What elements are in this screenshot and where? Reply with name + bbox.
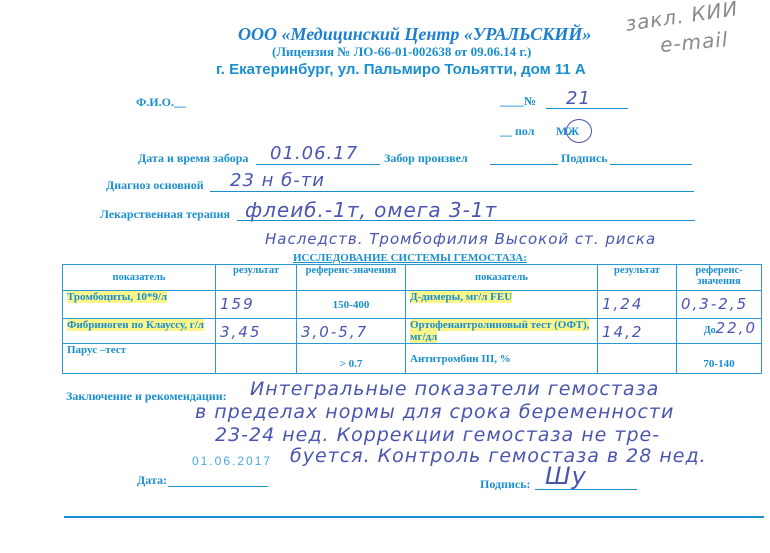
indicator-fibrinogen: Фибриноген по Клауссу, г/л [63, 319, 216, 344]
conclusion-line-4[interactable]: буется. Контроль гемостаза в 28 нед. [290, 445, 707, 467]
indicator-antithrombin: Антитромбин III, % [406, 344, 598, 374]
hemostasis-table: показатель результат референс-значения п… [62, 264, 762, 374]
result-fibrinogen[interactable]: 3,45 [216, 319, 297, 344]
header-result-right: результат [598, 265, 677, 291]
reference-parus-test: > 0.7 [297, 344, 406, 374]
reference-antithrombin: 70-140 [677, 344, 762, 374]
sampling-date-label: Дата и время забора [138, 151, 248, 166]
footer-date-label: Дата: [137, 473, 167, 488]
reference-oft[interactable]: До22,0 [677, 319, 762, 344]
sampling-date-value[interactable]: 01.06.17 [270, 143, 358, 164]
result-oft[interactable]: 14,2 [598, 319, 677, 344]
reference-fibrinogen[interactable]: 3,0-5,7 [297, 319, 406, 344]
diagnosis-value[interactable]: 23 н б-ти [230, 170, 325, 191]
therapy-label: Лекарственная терапия [100, 207, 230, 222]
conclusion-line-3[interactable]: 23-24 нед. Коррекции гемостаза не тре- [215, 424, 660, 446]
header-result-left: результат [216, 265, 297, 291]
result-antithrombin[interactable] [598, 344, 677, 374]
result-platelets[interactable]: 159 [216, 291, 297, 319]
clinic-license: (Лицензия № ЛО-66-01-002638 от 09.06.14 … [272, 44, 531, 60]
diagnosis-label: Диагноз основной [106, 178, 204, 193]
sex-label: __ пол [500, 124, 535, 139]
reference-platelets: 150-400 [297, 291, 406, 319]
header-reference-right: референс-значения [677, 265, 762, 291]
table-row: Тромбоциты, 10*9/л 159 150-400 Д-димеры,… [63, 291, 762, 319]
clinic-name: ООО «Медицинский Центр «УРАЛЬСКИЙ» [238, 24, 591, 45]
therapy-value[interactable]: флеиб.-1т, омега 3-1т [245, 198, 497, 222]
fio-label: Ф.И.О.__ [136, 95, 186, 110]
diagnosis-line [210, 191, 694, 192]
section-title: ИССЛЕДОВАНИЕ СИСТЕМЫ ГЕМОСТАЗА: [293, 252, 527, 264]
sampling-signature-line[interactable] [610, 164, 692, 165]
indicator-d-dimer: Д-димеры, мг/л FEU [406, 291, 598, 319]
footer-signature-label: Подпись: [480, 477, 531, 492]
therapy-note[interactable]: Наследств. Тромбофилия Высокой ст. риска [265, 230, 656, 248]
corner-note-line2: e-mail [659, 27, 729, 57]
header-indicator-left: показатель [63, 265, 216, 291]
performed-label: Забор произвел [384, 151, 468, 166]
conclusion-line-1[interactable]: Интегральные показатели гемостаза [250, 378, 659, 400]
sampling-signature-label: Подпись [561, 151, 608, 166]
header-reference-left: референс-значения [297, 265, 406, 291]
date-stamp: 01.06.2017 [192, 454, 272, 468]
clinic-address: г. Екатеринбург, ул. Пальмиро Тольятти, … [216, 61, 586, 78]
footer-signature-value: Шу [545, 462, 587, 490]
header-indicator-right: показатель [406, 265, 598, 291]
footer-date-line[interactable] [168, 486, 268, 487]
indicator-platelets: Тромбоциты, 10*9/л [63, 291, 216, 319]
table-row: Парус –тест > 0.7 Антитромбин III, % 70-… [63, 344, 762, 374]
sex-selected-circle [566, 119, 592, 143]
table-header-row: показатель результат референс-значения п… [63, 265, 762, 291]
result-parus-test[interactable] [216, 344, 297, 374]
number-label: ____№ [500, 94, 536, 109]
sampling-date-line [256, 164, 380, 165]
indicator-oft: Ортофенантролиновый тест (ОФТ), мг/дл [406, 319, 598, 344]
conclusion-line-2[interactable]: в пределах нормы для срока беременности [195, 401, 674, 423]
number-value[interactable]: 21 [566, 88, 591, 109]
table-row: Фибриноген по Клауссу, г/л 3,45 3,0-5,7 … [63, 319, 762, 344]
result-d-dimer[interactable]: 1,24 [598, 291, 677, 319]
indicator-parus-test: Парус –тест [63, 344, 216, 374]
performed-line[interactable] [490, 164, 558, 165]
bottom-divider [64, 516, 764, 518]
